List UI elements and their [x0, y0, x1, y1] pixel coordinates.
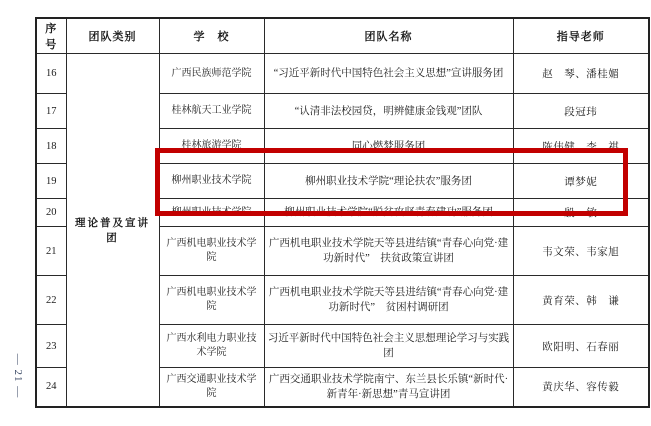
cell-team-name: 同心燃梦服务团	[264, 129, 513, 164]
cell-school: 桂林航天工业学院	[159, 94, 264, 129]
cell-serial-number: 23	[36, 325, 66, 368]
cell-advisor: 陈伟健、李 祺	[513, 129, 649, 164]
document-page: 序号 团队类别 学 校 团队名称 指导老师 16 理论普及宣讲团 广西民族师范学…	[0, 0, 651, 426]
cell-school: 广西机电职业技术学院	[159, 227, 264, 276]
header-school: 学 校	[159, 18, 264, 54]
cell-team-category-merged: 理论普及宣讲团	[66, 54, 159, 407]
cell-school: 广西交通职业技术学院	[159, 368, 264, 407]
cell-serial-number: 16	[36, 54, 66, 94]
cell-school: 广西机电职业技术学院	[159, 276, 264, 325]
header-team-category: 团队类别	[66, 18, 159, 54]
cell-advisor: 黄庆华、容传毅	[513, 368, 649, 407]
page-number: — 21 —	[8, 352, 24, 400]
cell-school: 桂林旅游学院	[159, 129, 264, 164]
team-roster-table: 序号 团队类别 学 校 团队名称 指导老师 16 理论普及宣讲团 广西民族师范学…	[35, 17, 650, 408]
cell-school: 柳州职业技术学院	[159, 199, 264, 227]
cell-advisor: 欧阳明、石春丽	[513, 325, 649, 368]
cell-advisor: 黄育荣、韩 谦	[513, 276, 649, 325]
cell-serial-number: 21	[36, 227, 66, 276]
cell-team-name: 广西机电职业技术学院天等县进结镇“青春心向党·建功新时代” 扶贫政策宣讲团	[264, 227, 513, 276]
cell-school: 广西民族师范学院	[159, 54, 264, 94]
cell-team-name: 广西交通职业技术学院南宁、东兰县长乐镇“新时代·新青年·新思想”青马宣讲团	[264, 368, 513, 407]
cell-serial-number: 20	[36, 199, 66, 227]
cell-team-name: “习近平新时代中国特色社会主义思想”宣讲服务团	[264, 54, 513, 94]
cell-team-name: 习近平新时代中国特色社会主义思想理论学习与实践团	[264, 325, 513, 368]
cell-school: 广西水利电力职业技术学院	[159, 325, 264, 368]
cell-advisor: 段冠玮	[513, 94, 649, 129]
cell-advisor: 殷 敏	[513, 199, 649, 227]
cell-team-name: 广西机电职业技术学院天等县进结镇“青春心向党·建功新时代” 贫困村调研团	[264, 276, 513, 325]
header-advisor: 指导老师	[513, 18, 649, 54]
cell-advisor: 赵 琴、潘桂媚	[513, 54, 649, 94]
cell-advisor: 谭梦妮	[513, 164, 649, 199]
cell-advisor: 韦文荣、韦家旭	[513, 227, 649, 276]
table-header-row: 序号 团队类别 学 校 团队名称 指导老师	[36, 18, 649, 54]
cell-serial-number: 24	[36, 368, 66, 407]
cell-team-name: 柳州职业技术学院“理论扶农”服务团	[264, 164, 513, 199]
cell-serial-number: 17	[36, 94, 66, 129]
cell-serial-number: 19	[36, 164, 66, 199]
header-serial-number: 序号	[36, 18, 66, 54]
cell-serial-number: 18	[36, 129, 66, 164]
cell-team-name: “认清非法校园贷，明辨健康金钱观”团队	[264, 94, 513, 129]
cell-serial-number: 22	[36, 276, 66, 325]
cell-school: 柳州职业技术学院	[159, 164, 264, 199]
table-row: 16 理论普及宣讲团 广西民族师范学院 “习近平新时代中国特色社会主义思想”宣讲…	[36, 54, 649, 94]
cell-team-name: 柳州职业技术学院“脱贫攻坚青春建功”服务团	[264, 199, 513, 227]
header-team-name: 团队名称	[264, 18, 513, 54]
